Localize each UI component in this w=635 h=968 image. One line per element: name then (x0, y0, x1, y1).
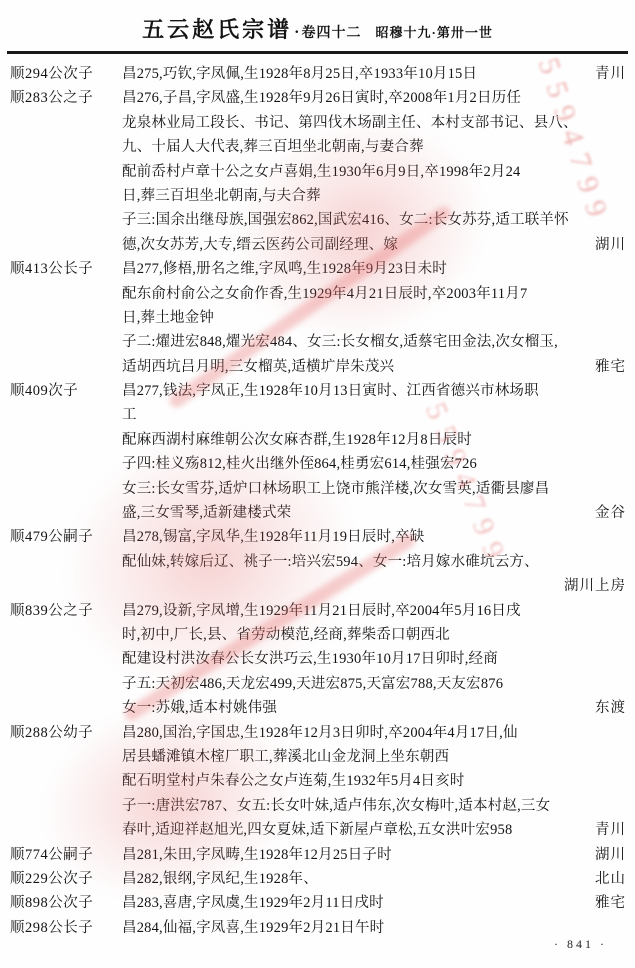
genealogy-page: 五云赵氏宗谱·卷四十二昭穆十九·第卅一世 顺294公次子 昌275,巧钦,字凤佩… (0, 0, 635, 968)
entry-label: 顺229公次子 (10, 867, 122, 891)
genealogy-entry: 顺479公嗣子 昌278,锡富,字凤华,生1928年11月19日辰时,卒缺 配仙… (10, 525, 626, 598)
entries-list: 顺294公次子 昌275,巧钦,字凤佩,生1928年8月25日,卒1933年10… (0, 54, 635, 940)
line-place-tag: 湖川 (595, 233, 626, 257)
entry-line: 时,初中,厂长,县、省劳动模范,经商,葬柴岙口朝西北 (122, 623, 626, 647)
entry-line: 昌284,仙福,字凤喜,生1929年2月21日午时 (122, 916, 626, 940)
line-text: 昌277,修梧,册名之维,字凤鸣,生1928年9月23日未时 (122, 261, 447, 277)
entry-line: 子四:桂义殇812,桂火出继外侄864,桂勇宏614,桂强宏726 (122, 452, 626, 476)
page-header: 五云赵氏宗谱·卷四十二昭穆十九·第卅一世 (0, 0, 635, 44)
generation-label: 昭穆十九·第卅一世 (376, 25, 493, 40)
entry-label: 顺479公嗣子 (10, 525, 122, 598)
genealogy-entry: 顺298公长子 昌284,仙福,字凤喜,生1929年2月21日午时 (10, 916, 626, 940)
genealogy-entry: 顺229公次子 昌282,银纲,字凤纪,生1928年、 北山 (10, 867, 626, 891)
line-text: 配前岙村卢章十公之女卢喜娟,生1930年6月9日,卒1998年2月24 (122, 164, 521, 180)
line-text: 昌279,设新,字凤增,生1929年11月21日辰时,卒2004年5月16日戌 (122, 603, 521, 619)
entry-lines: 昌284,仙福,字凤喜,生1929年2月21日午时 (122, 916, 626, 940)
line-place-tag: 东渡 (595, 696, 626, 720)
line-text: 女一:苏娥,适本村姚伟强 (122, 700, 277, 716)
genealogy-entry: 顺283公之子 昌276,子昌,字凤盛,生1928年9月26日寅时,卒2008年… (10, 86, 626, 257)
entry-line: 女三:长女雪芬,适炉口林场职工上饶市熊洋楼,次女雪英,适衢县廖昌 (122, 477, 626, 501)
line-text: 时,初中,厂长,县、省劳动模范,经商,葬柴岙口朝西北 (122, 627, 450, 643)
entry-label: 顺294公次子 (10, 62, 122, 86)
entry-line: 春叶,适迎祥赵旭光,四女夏妹,适下新屋卢章松,五女洪叶宏958 青川 (122, 818, 626, 842)
entry-lines: 昌280,国治,字国忠,生1928年12月3日卯时,卒2004年4月17日,仙 … (122, 721, 626, 843)
line-text: 适胡西坑吕月明,三女榴英,适横圹岸朱茂兴 (122, 359, 394, 375)
line-text: 子一:唐洪宏787、女五:长女叶妹,适卢伟东,次女梅叶,适本村赵,三女 (122, 798, 550, 814)
line-text: 日,葬三百坦坐北朝南,与夫合葬 (122, 188, 321, 204)
entry-lines: 昌281,朱田,字凤畴,生1928年12月25日子时 湖川 (122, 843, 626, 867)
line-text: 昌277,钱法,字凤正,生1928年10月13日寅时、江西省德兴市林场职 (122, 383, 539, 399)
entry-line: 子三:国余出继母族,国强宏862,国武宏416、女二:长女苏芬,适工联羊怀 (122, 208, 626, 232)
line-text: 日,葬土地金钟 (122, 310, 214, 326)
line-text: 昌283,喜唐,字凤虞,生1929年2月11日戌时 (122, 895, 384, 911)
genealogy-entry: 顺774公嗣子 昌281,朱田,字凤畴,生1928年12月25日子时 湖川 (10, 843, 626, 867)
genealogy-entry: 顺898公次子 昌283,喜唐,字凤虞,生1929年2月11日戌时 雅宅 (10, 891, 626, 915)
entry-lines: 昌277,修梧,册名之维,字凤鸣,生1928年9月23日未时 配东俞村俞公之女俞… (122, 257, 626, 379)
line-text: 工 (122, 407, 137, 423)
genealogy-entry: 顺409次子 昌277,钱法,字凤正,生1928年10月13日寅时、江西省德兴市… (10, 379, 626, 525)
entry-line: 子二:燿进宏848,燿光宏484、女三:长女榴女,适蔡宅田金法,次女榴玉, (122, 330, 626, 354)
genealogy-entry: 顺413公长子 昌277,修梧,册名之维,字凤鸣,生1928年9月23日未时 配… (10, 257, 626, 379)
line-text: 配东俞村俞公之女俞作香,生1929年4月21日辰时,卒2003年11月7 (122, 286, 527, 302)
entry-line: 配前岙村卢章十公之女卢喜娟,生1930年6月9日,卒1998年2月24 (122, 160, 626, 184)
page-number: · 841 · (554, 937, 607, 952)
entry-line: 湖川上房 (122, 574, 626, 598)
line-place-tag: 雅宅 (595, 355, 626, 379)
line-place-tag: 金谷 (595, 501, 626, 525)
entry-lines: 昌278,锡富,字凤华,生1928年11月19日辰时,卒缺 配仙妹,转嫁后辽、祧… (122, 525, 626, 598)
line-text: 昌278,锡富,字凤华,生1928年11月19日辰时,卒缺 (122, 529, 425, 545)
entry-line: 子五:天初宏486,天龙宏499,天进宏875,天富宏788,天友宏876 (122, 672, 626, 696)
genealogy-entry: 顺288公幼子 昌280,国治,字国忠,生1928年12月3日卯时,卒2004年… (10, 721, 626, 843)
line-text: 居县蟠滩镇木榁厂职工,葬溪北山金龙洞上坐东朝西 (122, 749, 449, 765)
genealogy-entry: 顺294公次子 昌275,巧钦,字凤佩,生1928年8月25日,卒1933年10… (10, 62, 626, 86)
line-text: 昌284,仙福,字凤喜,生1929年2月21日午时 (122, 920, 384, 936)
line-text: 昌281,朱田,字凤畴,生1928年12月25日子时 (122, 847, 392, 863)
entry-label: 顺413公长子 (10, 257, 122, 379)
entry-line: 配建设村洪汝春公长女洪巧云,生1930年10月17日卯时,经商 (122, 647, 626, 671)
entry-line: 日,葬土地金钟 (122, 306, 626, 330)
entry-line: 适胡西坑吕月明,三女榴英,适横圹岸朱茂兴 雅宅 (122, 355, 626, 379)
line-text: 子二:燿进宏848,燿光宏484、女三:长女榴女,适蔡宅田金法,次女榴玉, (122, 334, 558, 350)
entry-lines: 昌283,喜唐,字凤虞,生1929年2月11日戌时 雅宅 (122, 891, 626, 915)
entry-lines: 昌277,钱法,字凤正,生1928年10月13日寅时、江西省德兴市林场职 工 配… (122, 379, 626, 525)
entry-line: 九、十届人大代表,葬三百坦坐北朝南,与妻合葬 (122, 135, 626, 159)
entry-line: 女一:苏娥,适本村姚伟强 东渡 (122, 696, 626, 720)
entry-line: 配东俞村俞公之女俞作香,生1929年4月21日辰时,卒2003年11月7 (122, 282, 626, 306)
volume-label: 卷四十二 (302, 26, 362, 41)
line-text: 子四:桂义殇812,桂火出继外侄864,桂勇宏614,桂强宏726 (122, 456, 477, 472)
line-text: 德,次女苏芳,大专,缙云医药公司副经理、嫁 (122, 237, 398, 253)
entry-line: 龙泉林业局工段长、书记、第四伐木场副主任、本村支部书记、县八、 (122, 111, 626, 135)
entry-label: 顺298公长子 (10, 916, 122, 940)
entry-line: 工 (122, 403, 626, 427)
entry-label: 顺898公次子 (10, 891, 122, 915)
line-text: 盛,三女雪琴,适新建楼式荣 (122, 505, 291, 521)
entry-line: 日,葬三百坦坐北朝南,与夫合葬 (122, 184, 626, 208)
entry-line: 配麻西湖村麻维朝公次女麻杏群,生1928年12月8日辰时 (122, 428, 626, 452)
line-place-tag: 湖川 (595, 843, 626, 867)
entry-label: 顺409次子 (10, 379, 122, 525)
entry-lines: 昌275,巧钦,字凤佩,生1928年8月25日,卒1933年10月15日 青川 (122, 62, 626, 86)
line-text: 配石明堂村卢朱春公之女卢连菊,生1932年5月4日亥时 (122, 773, 465, 789)
line-text: 昌280,国治,字国忠,生1928年12月3日卯时,卒2004年4月17日,仙 (122, 725, 518, 741)
line-text: 配建设村洪汝春公长女洪巧云,生1930年10月17日卯时,经商 (122, 651, 498, 667)
line-text: 春叶,适迎祥赵旭光,四女夏妹,适下新屋卢章松,五女洪叶宏958 (122, 822, 512, 838)
line-text: 子三:国余出继母族,国强宏862,国武宏416、女二:长女苏芬,适工联羊怀 (122, 212, 569, 228)
entry-label: 顺839公之子 (10, 599, 122, 721)
entry-label: 顺283公之子 (10, 86, 122, 257)
genealogy-entry: 顺839公之子 昌279,设新,字凤增,生1929年11月21日辰时,卒2004… (10, 599, 626, 721)
line-text: 女三:长女雪芬,适炉口林场职工上饶市熊洋楼,次女雪英,适衢县廖昌 (122, 481, 549, 497)
line-text: 龙泉林业局工段长、书记、第四伐木场副主任、本村支部书记、县八、 (122, 115, 578, 131)
entry-line: 昌279,设新,字凤增,生1929年11月21日辰时,卒2004年5月16日戌 (122, 599, 626, 623)
entry-lines: 昌276,子昌,字凤盛,生1928年9月26日寅时,卒2008年1月2日历任 龙… (122, 86, 626, 257)
entry-label: 顺288公幼子 (10, 721, 122, 843)
line-text: 昌275,巧钦,字凤佩,生1928年8月25日,卒1933年10月15日 (122, 66, 477, 82)
entry-line: 昌281,朱田,字凤畴,生1928年12月25日子时 湖川 (122, 843, 626, 867)
entry-line: 昌278,锡富,字凤华,生1928年11月19日辰时,卒缺 (122, 525, 626, 549)
entry-line: 昌276,子昌,字凤盛,生1928年9月26日寅时,卒2008年1月2日历任 (122, 86, 626, 110)
line-text: 九、十届人大代表,葬三百坦坐北朝南,与妻合葬 (122, 139, 424, 155)
entry-lines: 昌279,设新,字凤增,生1929年11月21日辰时,卒2004年5月16日戌 … (122, 599, 626, 721)
line-place-tag: 青川 (595, 62, 626, 86)
line-place-tag: 湖川上房 (564, 574, 626, 598)
title-separator-dot: · (292, 24, 301, 41)
entry-line: 昌280,国治,字国忠,生1928年12月3日卯时,卒2004年4月17日,仙 (122, 721, 626, 745)
line-text: 昌276,子昌,字凤盛,生1928年9月26日寅时,卒2008年1月2日历任 (122, 90, 521, 106)
entry-line: 盛,三女雪琴,适新建楼式荣 金谷 (122, 501, 626, 525)
entry-line: 昌275,巧钦,字凤佩,生1928年8月25日,卒1933年10月15日 青川 (122, 62, 626, 86)
entry-line: 居县蟠滩镇木榁厂职工,葬溪北山金龙洞上坐东朝西 (122, 745, 626, 769)
line-place-tag: 雅宅 (595, 891, 626, 915)
entry-line: 昌283,喜唐,字凤虞,生1929年2月11日戌时 雅宅 (122, 891, 626, 915)
entry-lines: 昌282,银纲,字凤纪,生1928年、 北山 (122, 867, 626, 891)
line-text: 昌282,银纲,字凤纪,生1928年、 (122, 871, 318, 887)
entry-line: 昌282,银纲,字凤纪,生1928年、 北山 (122, 867, 626, 891)
line-place-tag: 青川 (595, 818, 626, 842)
entry-line: 昌277,修梧,册名之维,字凤鸣,生1928年9月23日未时 (122, 257, 626, 281)
entry-line: 昌277,钱法,字凤正,生1928年10月13日寅时、江西省德兴市林场职 (122, 379, 626, 403)
line-text: 配仙妹,转嫁后辽、祧子一:培兴宏594、女一:培月嫁水碓坑云方、 (122, 554, 539, 570)
entry-line: 德,次女苏芳,大专,缙云医药公司副经理、嫁 湖川 (122, 233, 626, 257)
line-text: 配麻西湖村麻维朝公次女麻杏群,生1928年12月8日辰时 (122, 432, 472, 448)
line-text: 子五:天初宏486,天龙宏499,天进宏875,天富宏788,天友宏876 (122, 676, 503, 692)
page-title: 五云赵氏宗谱 (142, 17, 292, 42)
entry-line: 配仙妹,转嫁后辽、祧子一:培兴宏594、女一:培月嫁水碓坑云方、 (122, 550, 626, 574)
entry-line: 子一:唐洪宏787、女五:长女叶妹,适卢伟东,次女梅叶,适本村赵,三女 (122, 794, 626, 818)
entry-label: 顺774公嗣子 (10, 843, 122, 867)
entry-line: 配石明堂村卢朱春公之女卢连菊,生1932年5月4日亥时 (122, 769, 626, 793)
line-place-tag: 北山 (595, 867, 626, 891)
